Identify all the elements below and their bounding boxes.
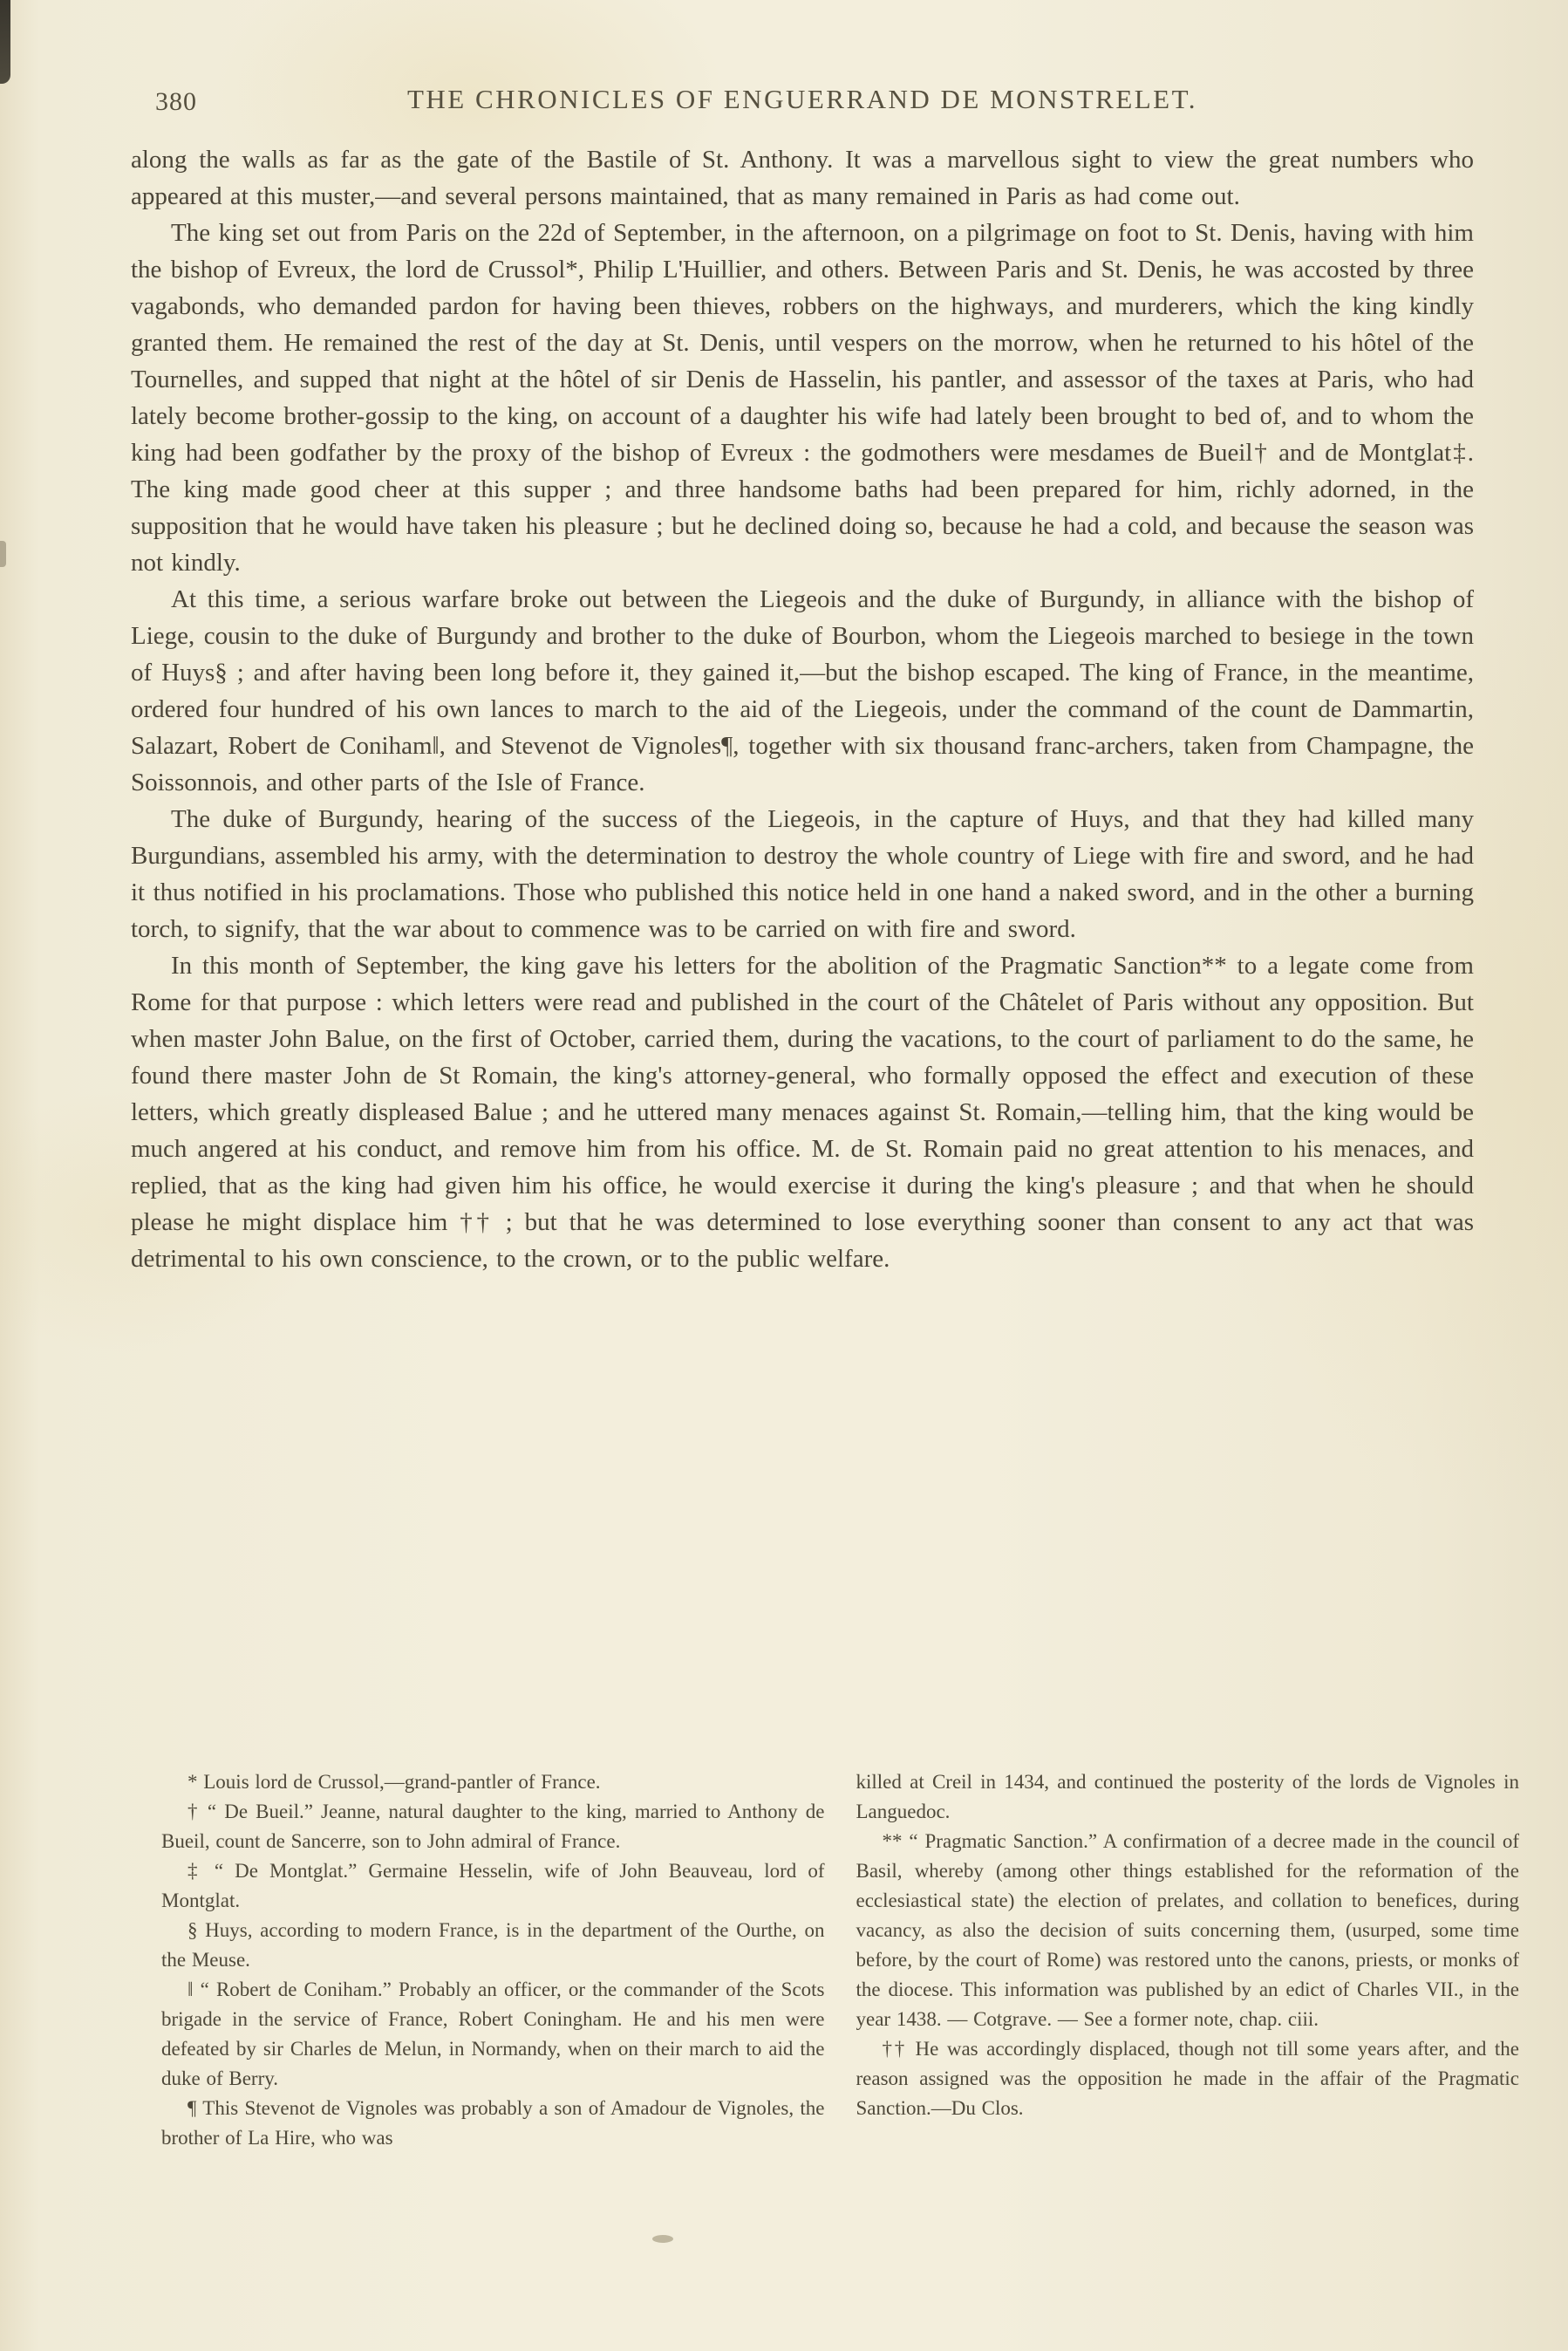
footnote-continuation: killed at Creil in 1434, and continued t… <box>856 1767 1520 1827</box>
body-paragraph: The duke of Burgundy, hearing of the suc… <box>131 801 1474 947</box>
scan-smudge <box>652 2235 673 2243</box>
body-paragraph: At this time, a serious warfare broke ou… <box>131 581 1474 801</box>
scan-blemish <box>0 541 6 567</box>
body-text: along the walls as far as the gate of th… <box>131 141 1474 1277</box>
footnotes: * Louis lord de Crussol,—grand-pantler o… <box>161 1767 1519 2153</box>
footnote: †† He was accordingly displaced, though … <box>856 2034 1520 2123</box>
body-paragraph: In this month of September, the king gav… <box>131 947 1474 1277</box>
running-title: THE CHRONICLES OF ENGUERRAND DE MONSTREL… <box>131 84 1474 115</box>
book-page: 380 THE CHRONICLES OF ENGUERRAND DE MONS… <box>0 0 1568 2351</box>
footnote-column-left: * Louis lord de Crussol,—grand-pantler o… <box>161 1767 825 2153</box>
footnote: ** “ Pragmatic Sanction.” A confirmation… <box>856 1827 1520 2034</box>
body-paragraph: The king set out from Paris on the 22d o… <box>131 215 1474 581</box>
scan-blemish <box>0 0 10 84</box>
footnote: † “ De Bueil.” Jeanne, natural daughter … <box>161 1797 825 1856</box>
page-header: 380 THE CHRONICLES OF ENGUERRAND DE MONS… <box>131 84 1474 122</box>
body-paragraph: along the walls as far as the gate of th… <box>131 141 1474 215</box>
footnote: ‖ “ Robert de Coniham.” Probably an offi… <box>161 1975 825 2094</box>
page-number: 380 <box>155 87 197 117</box>
footnote: ¶ This Stevenot de Vignoles was probably… <box>161 2094 825 2153</box>
footnote: * Louis lord de Crussol,—grand-pantler o… <box>161 1767 825 1797</box>
footnote-column-right: killed at Creil in 1434, and continued t… <box>856 1767 1520 2153</box>
footnote: ‡ “ De Montglat.” Germaine Hesselin, wif… <box>161 1856 825 1916</box>
footnote: § Huys, according to modern France, is i… <box>161 1916 825 1975</box>
